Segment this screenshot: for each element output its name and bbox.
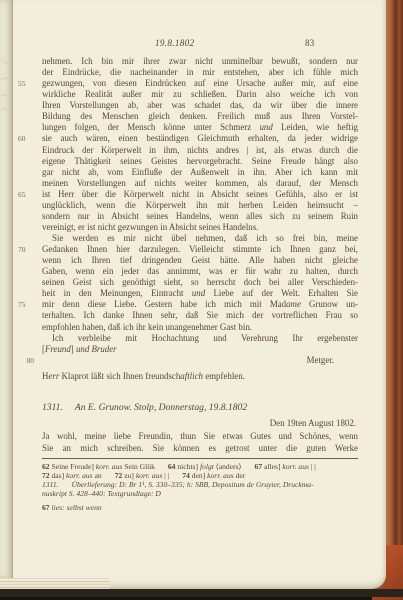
margin-line-number: 80 (18, 355, 34, 366)
page-number: 83 (305, 38, 314, 48)
text-line: Eindruck der Körperwelt in ihm, nichts a… (42, 145, 358, 156)
book-page: 19.8.1802 83 nehmen. Ich bin mir ihrer z… (0, 0, 386, 589)
margin-line-number: 65 (18, 189, 34, 200)
apparatus-line: 72 das] korr. aus an72 zu] korr. aus | |… (42, 471, 362, 480)
book-cover-edge (385, 0, 403, 600)
new-letter-text: Ja wohl, meine liebe Freundin, thun Sie … (42, 430, 358, 454)
scanned-book-photo: 19.8.1802 83 nehmen. Ich bin mir ihrer z… (0, 0, 403, 600)
text-line: lungen folgen, der Mensch könne unter Sc… (42, 122, 358, 133)
margin-line-number: 55 (18, 78, 34, 89)
footnote-rule (42, 458, 358, 459)
text-line: 55gezwungen, von diesen Eindrücken auf e… (42, 78, 358, 89)
apparatus-line: 67 lies: selbst wenn (42, 503, 362, 512)
margin-line-number: 70 (18, 244, 34, 255)
facing-page-sliver (0, 0, 13, 578)
text-line: empfohlen haben, daß ich ihr kein unange… (42, 322, 358, 333)
text-line: eigene Thätigkeit seines Geistes hervorg… (42, 156, 358, 167)
text-line: Sie an mich schreiben. Sie können es get… (42, 442, 358, 454)
transmission-note: nuskript S. 428–440; Textgrundlage: D (42, 489, 362, 498)
text-line: sondern nur in Absicht seines Handelns, … (42, 211, 358, 222)
margin-line-number: 60 (18, 133, 34, 144)
text-line: Sie werden es mir nicht übel nehmen, daß… (42, 233, 358, 244)
text-line: 70Gedanken Ihnen hier darzulegen. Vielle… (42, 244, 358, 255)
ink-bleed-mark (2, 61, 8, 64)
text-line: heit in den Meinungen, Eintracht und Lie… (42, 288, 358, 299)
text-line: 80Metger. (42, 355, 358, 366)
text-line: wenn ich Ihren tief dringenden Geist hät… (42, 255, 358, 266)
text-line: nehmen. Ich bin mir ihrer zwar nicht unm… (42, 56, 358, 67)
postscript-line: Herr Klaprot läßt sich Ihnen freundschaf… (42, 371, 358, 382)
section-heading: 1311.An E. Grunow. Stolp, Donnerstag, 19… (42, 402, 358, 414)
running-header-date: 19.8.1802 (155, 38, 194, 48)
page-stack-edges (0, 578, 110, 589)
text-line: unglücklich, wenn die Körperwelt ihn mit… (42, 200, 358, 211)
text-line: gar nicht ab, vom Einfluße der Außenwelt… (42, 167, 358, 178)
text-line: 60sie auch wären, einen beständigen Glei… (42, 133, 358, 144)
text-line: wirkliche Realität außer mir zu schließe… (42, 89, 358, 100)
text-line: Ja wohl, meine liebe Freundin, thun Sie … (42, 430, 358, 442)
text-line: Gaben, wenn ein jeder das annimmt, was e… (42, 266, 358, 277)
letter-dateline: Den 19ten August 1802. (42, 418, 356, 428)
text-line: vereinigt, er ist nicht gezwungen in Abs… (42, 222, 358, 233)
text-line: seinen Geist sich genöthigt sieht, so he… (42, 277, 358, 288)
text-line: Ihren Vorstellungen ab, aber was schadet… (42, 100, 358, 111)
text-line: Ich verbleibe mit Hochachtung und Verehr… (42, 333, 358, 344)
letter-body-text: nehmen. Ich bin mir ihrer zwar nicht unm… (42, 56, 358, 366)
text-line: 65ist Herr über die Körperwelt nicht in … (42, 189, 358, 200)
apparatus-line: 62 Seine Freude] korr. aus Sein Glük64 n… (42, 462, 362, 471)
text-line: Bildung des Menschen gleich denken. Frei… (42, 111, 358, 122)
ink-bleed-mark (2, 107, 7, 109)
text-line: meinen Vorstellungen auf nichts weiter k… (42, 178, 358, 189)
text-line: 75mir denn diese Liebe. Gestern habe ich… (42, 299, 358, 310)
table-shadow (0, 589, 403, 597)
transmission-note: 1311.Überlieferung: D: Br 1¹, S. 330–335… (42, 480, 362, 489)
text-line: [Freund] und Bruder (42, 344, 358, 355)
text-line: terhalten. Ich danke Ihnen sehr, daß Sie… (42, 310, 358, 321)
ink-bleed-mark (2, 94, 8, 96)
margin-line-number: 75 (18, 299, 34, 310)
text-line: der Eindrücke, die nacheinander in mir e… (42, 67, 358, 78)
ink-bleed-mark (1, 77, 8, 79)
